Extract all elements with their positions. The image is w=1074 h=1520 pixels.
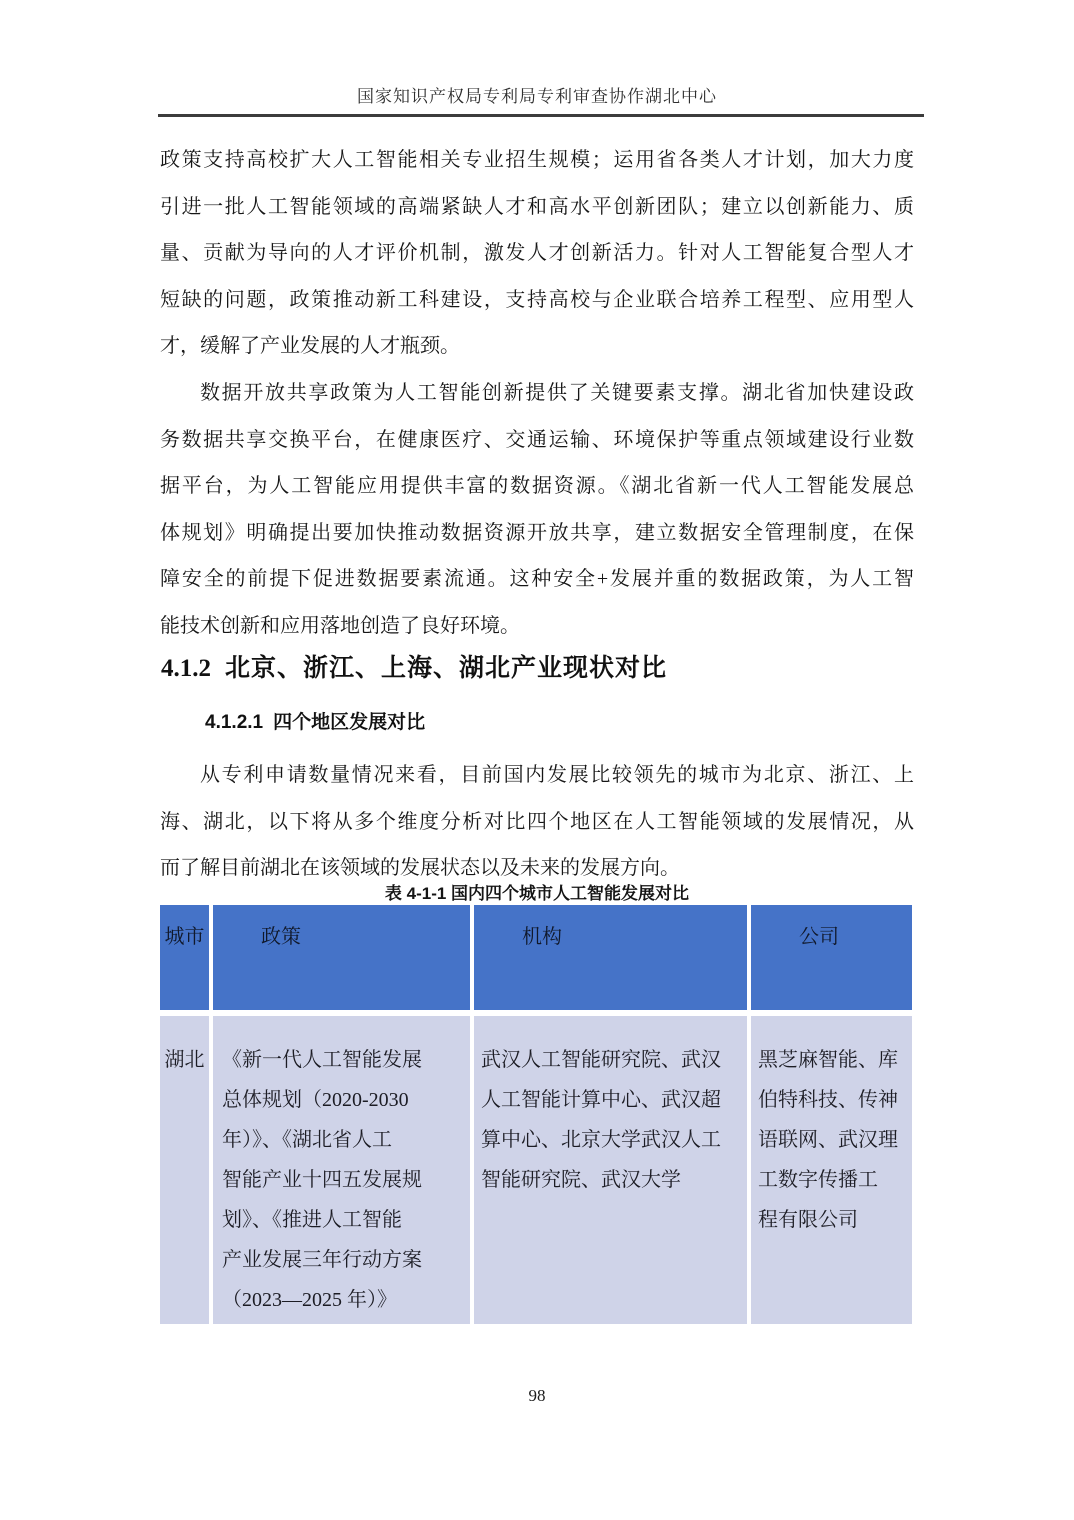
table-header-row: 城市 政策 机构 公司: [160, 905, 912, 1010]
column-header-company: 公司: [751, 905, 912, 1010]
subsection-heading-4121: 4.1.2.1四个地区发展对比: [205, 709, 905, 737]
cell-companies: 黑芝麻智能、库伯特科技、传神语联网、武汉理工数字传播工程有限公司: [751, 1016, 912, 1324]
paragraph-talent-policy: 政策支持高校扩大人工智能相关专业招生规模；运用省各类人才计划，加大力度引进一批人…: [160, 137, 914, 370]
subsection-number: 4.1.2.1: [205, 712, 263, 733]
comparison-table: 城市 政策 机构 公司 湖北 《新一代人工智能发展总体规划（2020-2030年…: [160, 905, 912, 1324]
page-number: 98: [0, 1386, 1074, 1406]
table-caption: 表 4-1-1 国内四个城市人工智能发展对比: [160, 879, 914, 904]
column-header-policy: 政策: [213, 905, 470, 1010]
section-title: 北京、浙江、上海、湖北产业现状对比: [225, 654, 667, 682]
running-header: 国家知识产权局专利局专利审查协作湖北中心: [0, 82, 1074, 107]
cell-policy: 《新一代人工智能发展总体规划（2020-2030年）》、《湖北省人工智能产业十四…: [213, 1016, 470, 1324]
paragraph-city-comparison-intro: 从专利申请数量情况来看，目前国内发展比较领先的城市为北京、浙江、上海、湖北，以下…: [160, 752, 914, 892]
subsection-title: 四个地区发展对比: [273, 712, 425, 733]
document-page: 国家知识产权局专利局专利审查协作湖北中心 政策支持高校扩大人工智能相关专业招生规…: [0, 0, 1074, 1520]
cell-institutions: 武汉人工智能研究院、武汉人工智能计算中心、武汉超算中心、北京大学武汉人工智能研究…: [474, 1016, 747, 1324]
column-header-city: 城市: [160, 905, 209, 1010]
section-number: 4.1.2: [161, 655, 211, 682]
cell-city: 湖北: [160, 1016, 209, 1324]
column-header-institution: 机构: [474, 905, 747, 1010]
section-heading-412: 4.1.2北京、浙江、上海、湖北产业现状对比: [161, 650, 1021, 687]
table-row-hubei: 湖北 《新一代人工智能发展总体规划（2020-2030年）》、《湖北省人工智能产…: [160, 1016, 912, 1324]
paragraph-data-sharing-policy: 数据开放共享政策为人工智能创新提供了关键要素支撑。湖北省加快建设政务数据共享交换…: [160, 370, 914, 650]
header-rule: [158, 114, 924, 117]
